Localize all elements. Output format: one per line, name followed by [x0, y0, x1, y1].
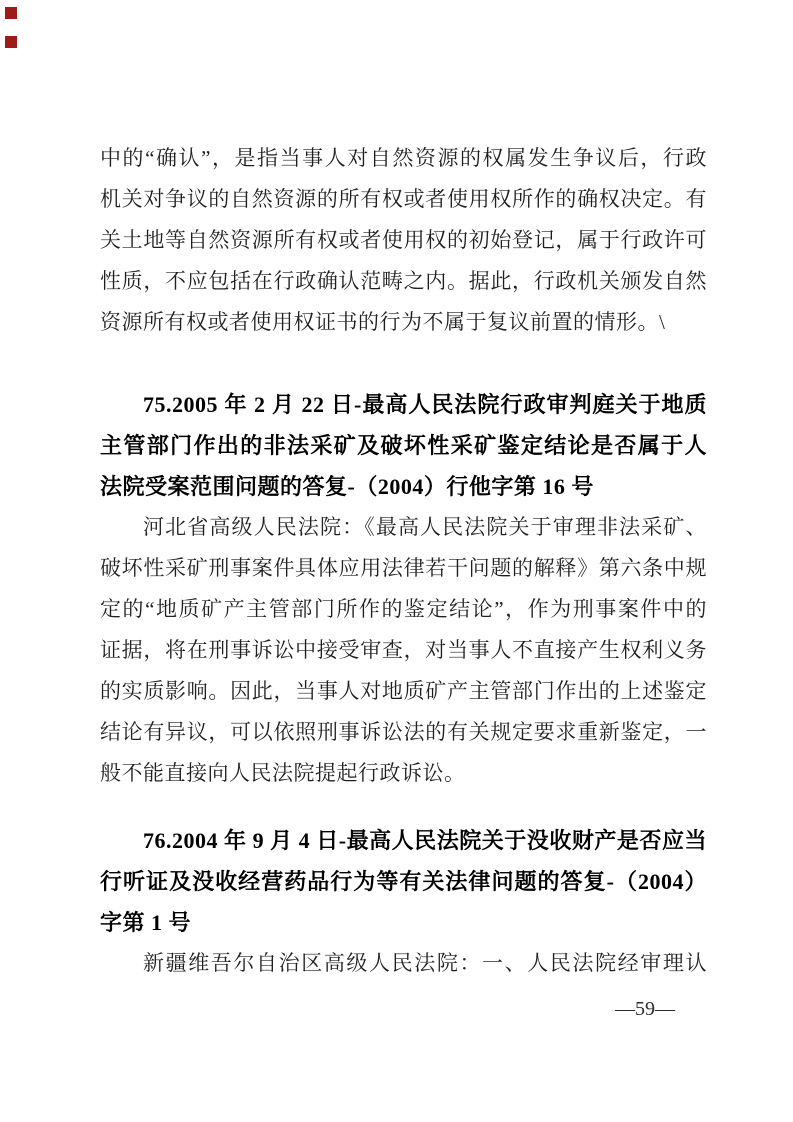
section-75-body: 河北省高级人民法院：《最高人民法院关于审理非法采矿、 破坏性采矿刑事案件具体应用…	[100, 507, 707, 794]
red-square-marker-bottom	[5, 36, 17, 48]
text-line: 定的“地质矿产主管部门所作的鉴定结论”，作为刑事案件中的	[100, 589, 707, 630]
heading-line: 字第 1 号	[100, 902, 707, 943]
text-line: 般不能直接向人民法院提起行政诉讼。	[100, 753, 707, 794]
text-line: 破坏性采矿刑事案件具体应用法律若干问题的解释》第六条中规	[100, 548, 707, 589]
text-line: 新疆维吾尔自治区高级人民法院：一、人民法院经审理认定，	[100, 943, 707, 984]
document-page: 中的“确认”，是指当事人对自然资源的权属发生争议后，行政 机关对争议的自然资源的…	[0, 0, 793, 1122]
section-75-heading: 75.2005 年 2 月 22 日-最高人民法院行政审判庭关于地质矿产 主管部…	[100, 384, 707, 507]
section-76-heading: 76.2004 年 9 月 4 日-最高人民法院关于没收财产是否应当进 行听证及…	[100, 820, 707, 943]
section-76-body: 新疆维吾尔自治区高级人民法院：一、人民法院经审理认定，	[100, 943, 707, 984]
paragraph-continuation: 中的“确认”，是指当事人对自然资源的权属发生争议后，行政 机关对争议的自然资源的…	[100, 138, 707, 343]
heading-line: 行听证及没收经营药品行为等有关法律问题的答复-（2004）行他	[100, 861, 707, 902]
text-line: 性质，不应包括在行政确认范畴之内。据此，行政机关颁发自然	[100, 261, 707, 302]
text-line: 机关对争议的自然资源的所有权或者使用权所作的确权决定。有	[100, 179, 707, 220]
text-line: 的实质影响。因此，当事人对地质矿产主管部门作出的上述鉴定	[100, 671, 707, 712]
text-line: 结论有异议，可以依照刑事诉讼法的有关规定要求重新鉴定，一	[100, 712, 707, 753]
text-line: 中的“确认”，是指当事人对自然资源的权属发生争议后，行政	[100, 138, 707, 179]
heading-line: 75.2005 年 2 月 22 日-最高人民法院行政审判庭关于地质矿产	[100, 384, 707, 425]
heading-line: 主管部门作出的非法采矿及破坏性采矿鉴定结论是否属于人民	[100, 425, 707, 466]
text-line: 关土地等自然资源所有权或者使用权的初始登记，属于行政许可	[100, 220, 707, 261]
heading-line: 76.2004 年 9 月 4 日-最高人民法院关于没收财产是否应当进	[100, 820, 707, 861]
text-line: 证据，将在刑事诉讼中接受审查，对当事人不直接产生权利义务	[100, 630, 707, 671]
page-number: —59—	[615, 997, 675, 1021]
text-line: 资源所有权或者使用权证书的行为不属于复议前置的情形。\	[100, 302, 707, 343]
heading-line: 法院受案范围问题的答复-（2004）行他字第 16 号	[100, 466, 707, 507]
red-square-marker-top	[5, 7, 17, 19]
text-line: 河北省高级人民法院：《最高人民法院关于审理非法采矿、	[100, 507, 707, 548]
